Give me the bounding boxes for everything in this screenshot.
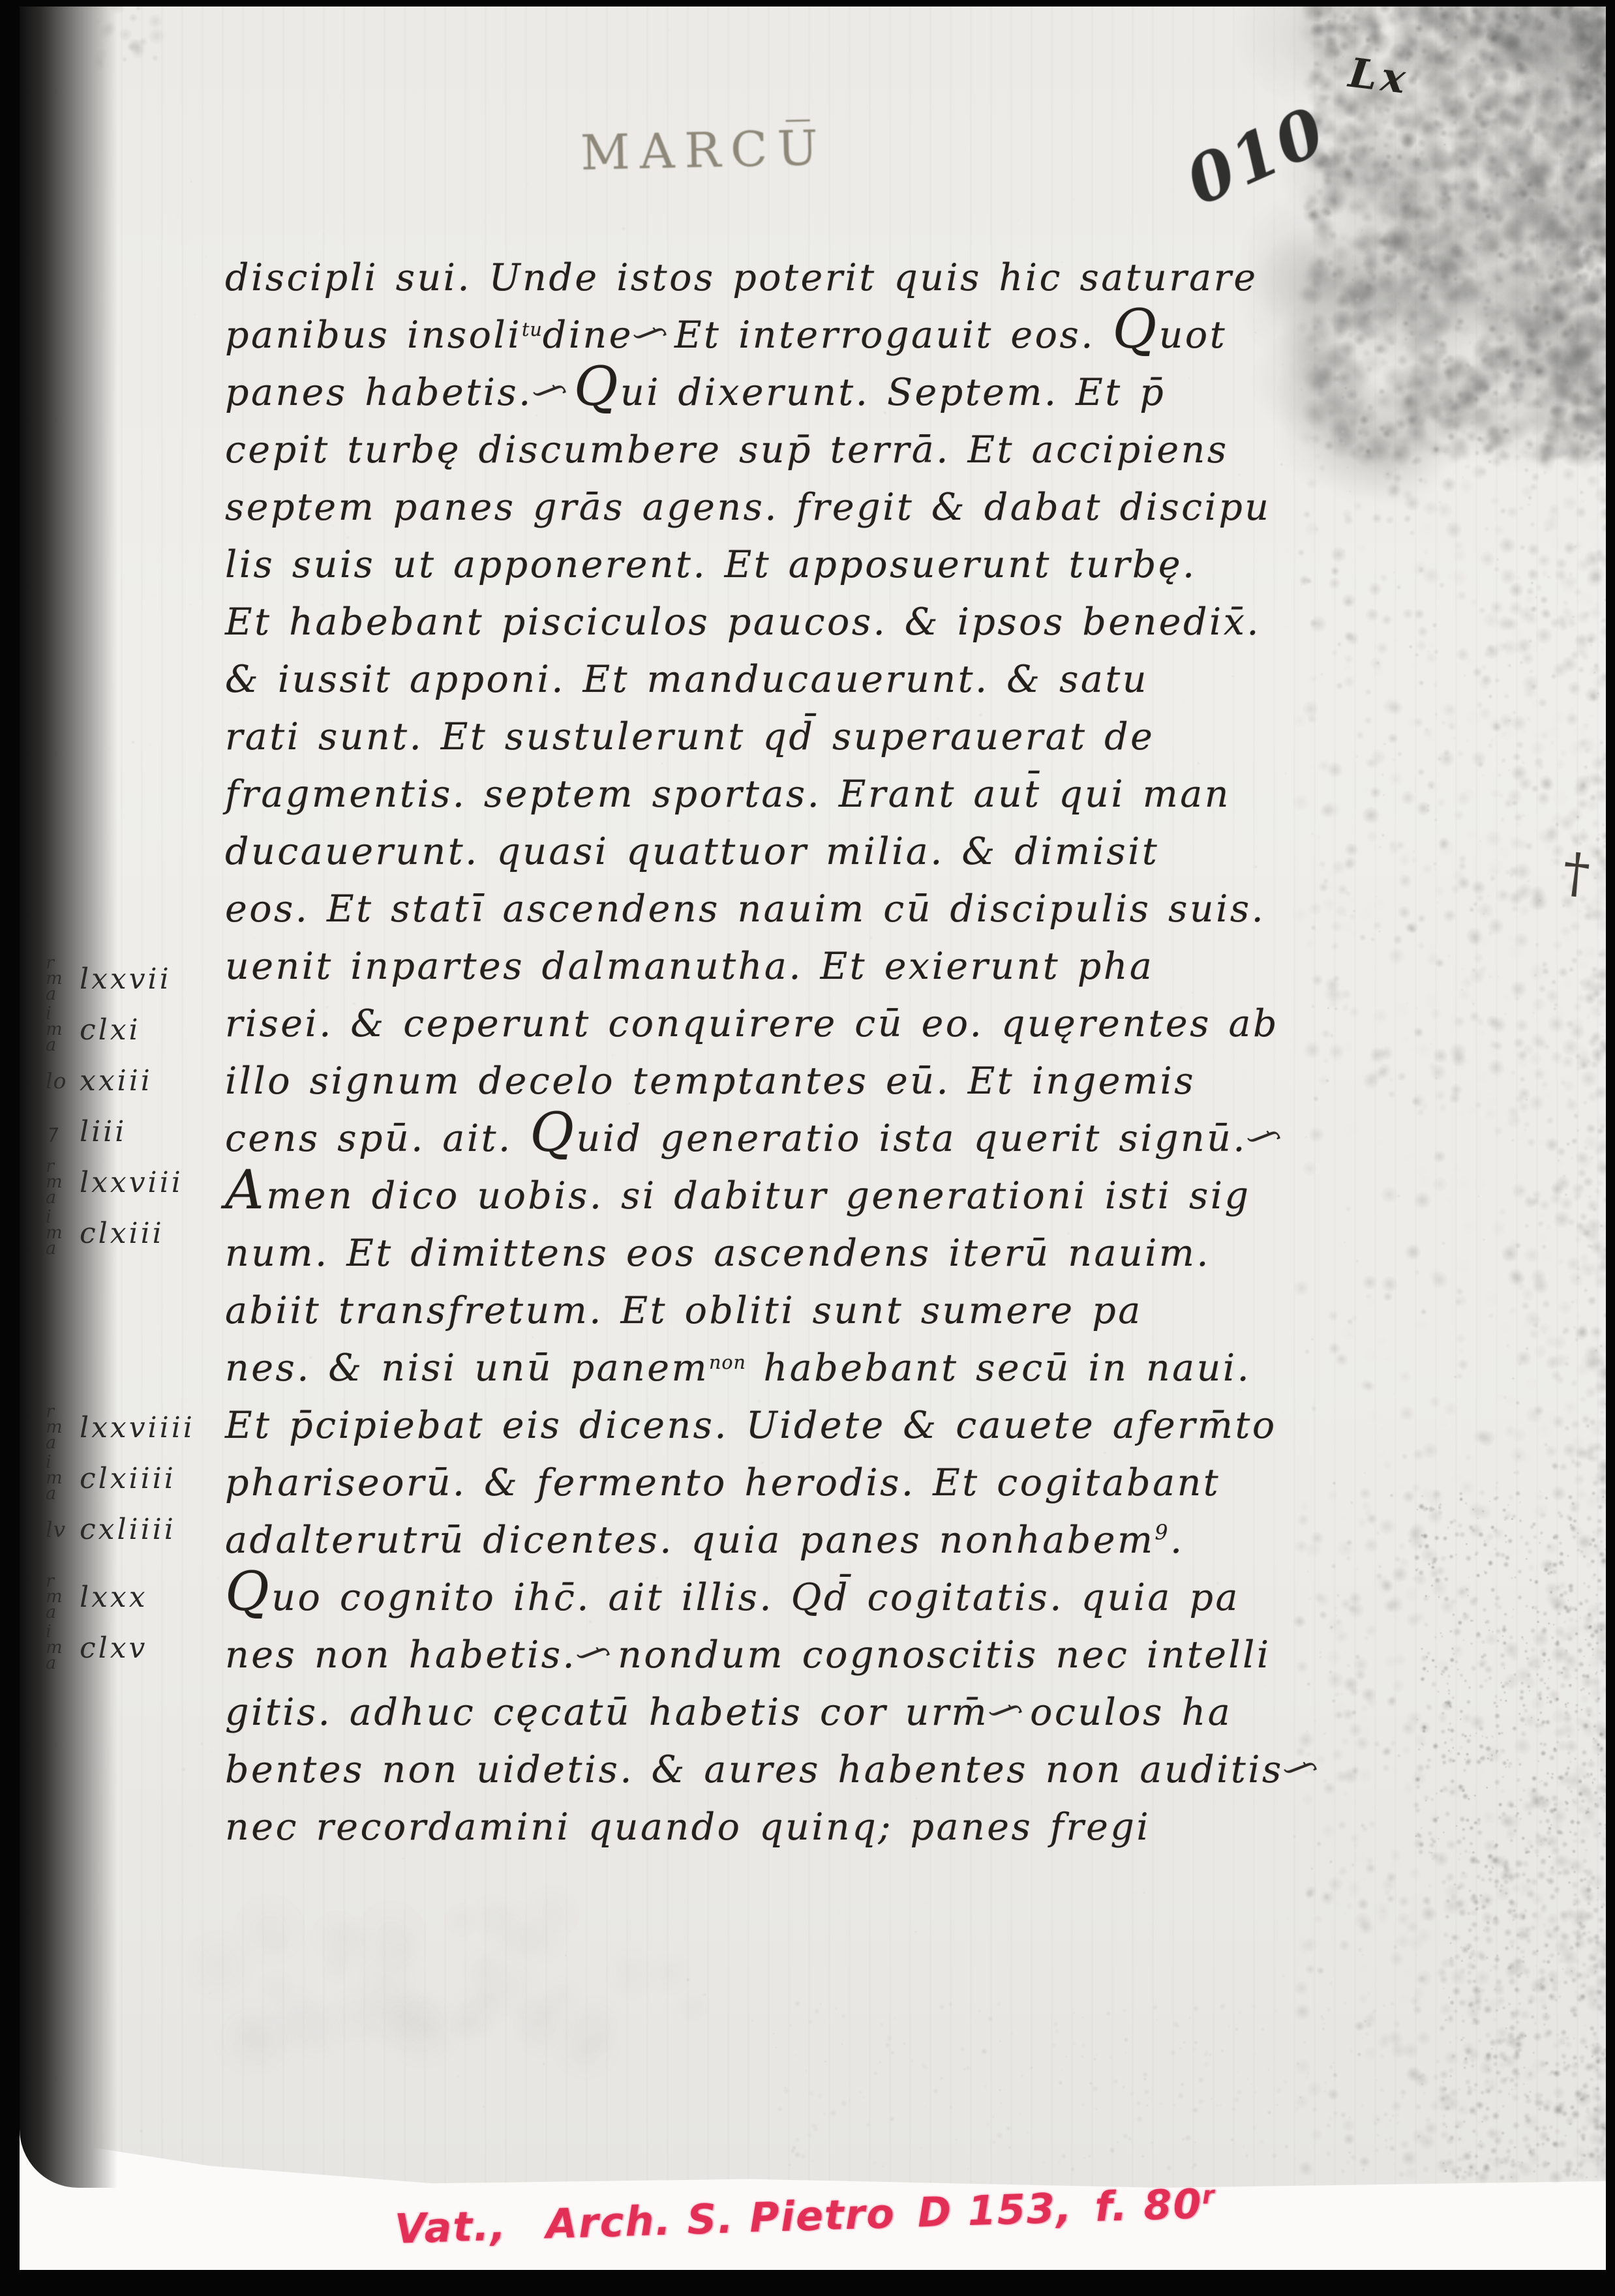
evangelist-letter-stack: rma [46,1404,80,1451]
section-numeral: cxliiii [80,1513,176,1546]
text-run: . [1170,1519,1185,1562]
text-run: ui dixerunt. Septem. Et p̄ [620,371,1166,414]
margin-reference-row: imaclxiiii [46,1453,195,1504]
text-line: eos. Et statī ascendens nauim cū discipu… [225,880,1373,938]
evangelist-letter-stack: ima [46,1455,80,1502]
evangelist-letter-stack: rma [46,1573,80,1620]
text-run: rati sunt. Et sustulerunt qd̄ superauera… [225,715,1155,758]
margin-reference-row: rmalxxviii [46,1157,183,1208]
text-line: illo signum decelo temptantes eū. Et ing… [225,1052,1373,1110]
text-run: uenit inpartes dalmanutha. Et exierunt p… [225,945,1154,988]
text-run: abiit transfretum. Et obliti sunt sumere… [225,1289,1143,1332]
text-line: panes habetis.ſ Qui dixerunt. Septem. Et… [225,364,1373,421]
section-numeral: clxiiii [80,1462,176,1495]
text-run: fragmentis. septem sportas. Erant aut̄ q… [225,773,1231,816]
text-run: risei. & ceperunt conquirere cū eo. quęr… [225,1002,1279,1045]
text-run: nec recordamini quando quinq; panes freg… [225,1806,1151,1849]
text-line: risei. & ceperunt conquirere cū eo. quęr… [225,995,1373,1052]
enlarged-initial: Q [1112,298,1158,361]
punctus-interrogativus: ſ [1262,1131,1269,1142]
text-run: gitis. adhuc cęcatū habetis cor urm̄ [225,1691,989,1734]
margin-reference-row: rmalxxx [46,1572,195,1622]
text-line: rati sunt. Et sustulerunt qd̄ superauera… [225,708,1373,766]
text-line: adalterutrū dicentes. quia panes nonhabe… [225,1512,1373,1569]
text-line: fragmentis. septem sportas. Erant aut̄ q… [225,766,1373,823]
evangelist-letter-stack: ima [46,1006,80,1053]
margin-references-lower: rmalxxviiiiimaclxiiiilvcxliiiirmalxxxima… [46,1402,195,1673]
text-run: cens spū. ait. [225,1117,530,1160]
text-run: bentes non uidetis. & aures habentes non… [225,1748,1284,1791]
text-line: panibus insolitudineſ Et interrogauit eo… [225,306,1373,364]
punctus-interrogativus: ſ [1298,1763,1305,1774]
text-run: & iussit apponi. Et manducauerunt. & sat… [225,658,1149,701]
text-run: nondum cognoscitis nec intelli [600,1633,1271,1677]
evangelist-letter-stack: ima [46,1210,80,1257]
footer-inscription: Vat.,Arch. S. PietroD 153,f. 80r [394,2179,1216,2253]
text-line: cepit turbę discumbere sup̄ terrā. Et ac… [225,421,1373,479]
text-line: phariseorū. & fermento herodis. Et cogit… [225,1454,1373,1512]
text-line: nes. & nisi unū panemnon habebant secū i… [225,1339,1373,1397]
text-line: Et p̄cipiebat eis dicens. Uidete & cauet… [225,1397,1373,1454]
text-run: ducauerunt. quasi quattuor milia. & dimi… [225,830,1159,873]
text-line: Et habebant pisciculos paucos. & ipsos b… [225,593,1373,651]
section-numeral: clxiii [80,1217,164,1250]
text-run: oculos ha [1013,1691,1233,1734]
text-line: ducauerunt. quasi quattuor milia. & dimi… [225,823,1373,880]
evangelist-tag: lo [46,1068,80,1094]
running-title: MARCU̅ [580,120,828,181]
text-line: abiit transfretum. Et obliti sunt sumere… [225,1282,1373,1339]
text-run: cepit turbę discumbere sup̄ terrā. Et ac… [225,428,1229,471]
margin-reference-row: rmalxxviiii [46,1402,195,1453]
text-run: uid generatio ista querit signū. [577,1117,1247,1160]
text-line: discipli sui. Unde istos poterit quis hi… [225,249,1373,306]
text-line: bentes non uidetis. & aures habentes non… [225,1741,1373,1798]
text-run: Et habebant pisciculos paucos. & ipsos b… [225,601,1261,644]
text-line: & iussit apponi. Et manducauerunt. & sat… [225,651,1373,708]
section-numeral: lxxx [80,1581,148,1614]
text-run: illo signum decelo temptantes eū. Et ing… [225,1060,1196,1103]
text-run: discipli sui. Unde istos poterit quis hi… [225,256,1258,299]
evangelist-tag: ⁊ [46,1119,80,1144]
text-run: uo cognito ihc̄. ait illis. Qd̄ cogitati… [271,1576,1240,1619]
section-numeral: xxiii [80,1064,153,1097]
text-run: num. Et dimittens eos ascendens iterū na… [225,1232,1211,1275]
footer-segment: Arch. S. Pietro [545,2190,896,2248]
punctus-interrogativus: ſ [648,328,655,339]
footer-segment: f. 80r [1094,2179,1216,2231]
section-numeral: clxv [80,1632,147,1665]
margin-reference-row: rmalxxvii [46,953,183,1004]
text-run: septem panes grās agens. fregit & dabat … [225,486,1271,529]
margin-reference-row: imaclxiii [46,1208,183,1259]
interlinear-gloss: tu [522,319,543,340]
text-line: septem panes grās agens. fregit & dabat … [225,479,1373,536]
punctus-interrogativus: ſ [1004,1705,1011,1716]
text-run: habebant secū in naui. [746,1347,1251,1390]
margin-reference-row: imaclxv [46,1622,195,1673]
text-run: nes. & nisi unū panem [225,1347,709,1390]
enlarged-initial: Q [225,1560,271,1623]
us-abbreviation: 9 [1155,1521,1170,1545]
section-numeral: clxi [80,1013,141,1047]
margin-reference-row: loxxiii [46,1055,183,1106]
text-run: panes habetis. [225,371,533,414]
text-line: nes non habetis.ſ nondum cognoscitis nec… [225,1626,1373,1684]
enlarged-initial: Q [574,355,620,418]
punctus-interrogativus: ſ [547,385,554,396]
section-numeral: lxxviii [80,1166,183,1199]
text-run: panibus insoli [225,314,522,357]
margin-references-upper: rmalxxviiimaclxiloxxiii⁊liiirmalxxviiiim… [46,953,183,1259]
footer-segment: D 153, [916,2184,1073,2236]
text-run: eos. Et statī ascendens nauim cū discipu… [225,887,1265,931]
interlinear-gloss: non [709,1352,746,1373]
text-line: lis suis ut apponerent. Et apposuerunt t… [225,536,1373,593]
text-line: Quo cognito ihc̄. ait illis. Qd̄ cogitat… [225,1569,1373,1626]
text-run: men dico uobis. si dabitur generationi i… [266,1174,1250,1217]
text-line: nec recordamini quando quinq; panes freg… [225,1798,1373,1856]
section-numeral: lxxviiii [80,1411,195,1444]
margin-reference-row: imaclxi [46,1004,183,1055]
text-line: cens spū. ait. Quid generatio ista queri… [225,1110,1373,1167]
text-block: discipli sui. Unde istos poterit quis hi… [225,249,1373,1856]
punctus-interrogativus: ſ [592,1648,599,1659]
evangelist-letter-stack: ima [46,1624,80,1671]
folio-side-superscript: r [1201,2181,1216,2210]
evangelist-tag: lv [46,1517,80,1542]
text-run: Et p̄cipiebat eis dicens. Uidete & cauet… [225,1404,1277,1447]
text-run: dine [543,314,633,357]
text-line: gitis. adhuc cęcatū habetis cor urm̄ſ oc… [225,1684,1373,1741]
text-line: Amen dico uobis. si dabitur generationi … [225,1167,1373,1225]
text-run: phariseorū. & fermento herodis. Et cogit… [225,1461,1220,1504]
text-run: uot [1159,314,1227,357]
photo-paper-margin: MARCU̅ 010 Lx † discipli sui. Unde istos… [20,7,1606,2270]
section-numeral: liii [80,1115,127,1148]
margin-reference-row: lvcxliiii [46,1504,195,1555]
enlarged-initial: A [225,1159,266,1221]
text-run: Et interrogauit eos. [657,314,1112,357]
evangelist-letter-stack: rma [46,1159,80,1206]
text-line: uenit inpartes dalmanutha. Et exierunt p… [225,938,1373,995]
enlarged-initial: Q [530,1101,576,1164]
old-folio-number: Lx [1346,49,1412,104]
text-line: num. Et dimittens eos ascendens iterū na… [225,1225,1373,1282]
section-numeral: lxxvii [80,962,172,996]
text-run: lis suis ut apponerent. Et apposuerunt t… [225,543,1197,586]
text-run: nes non habetis. [225,1633,577,1677]
margin-reference-row: ⁊liii [46,1106,183,1157]
photo-frame: MARCU̅ 010 Lx † discipli sui. Unde istos… [0,0,1615,2296]
footer-segment: Vat., [394,2201,507,2252]
evangelist-letter-stack: rma [46,955,80,1002]
text-run: adalterutrū dicentes. quia panes nonhabe… [225,1519,1155,1562]
